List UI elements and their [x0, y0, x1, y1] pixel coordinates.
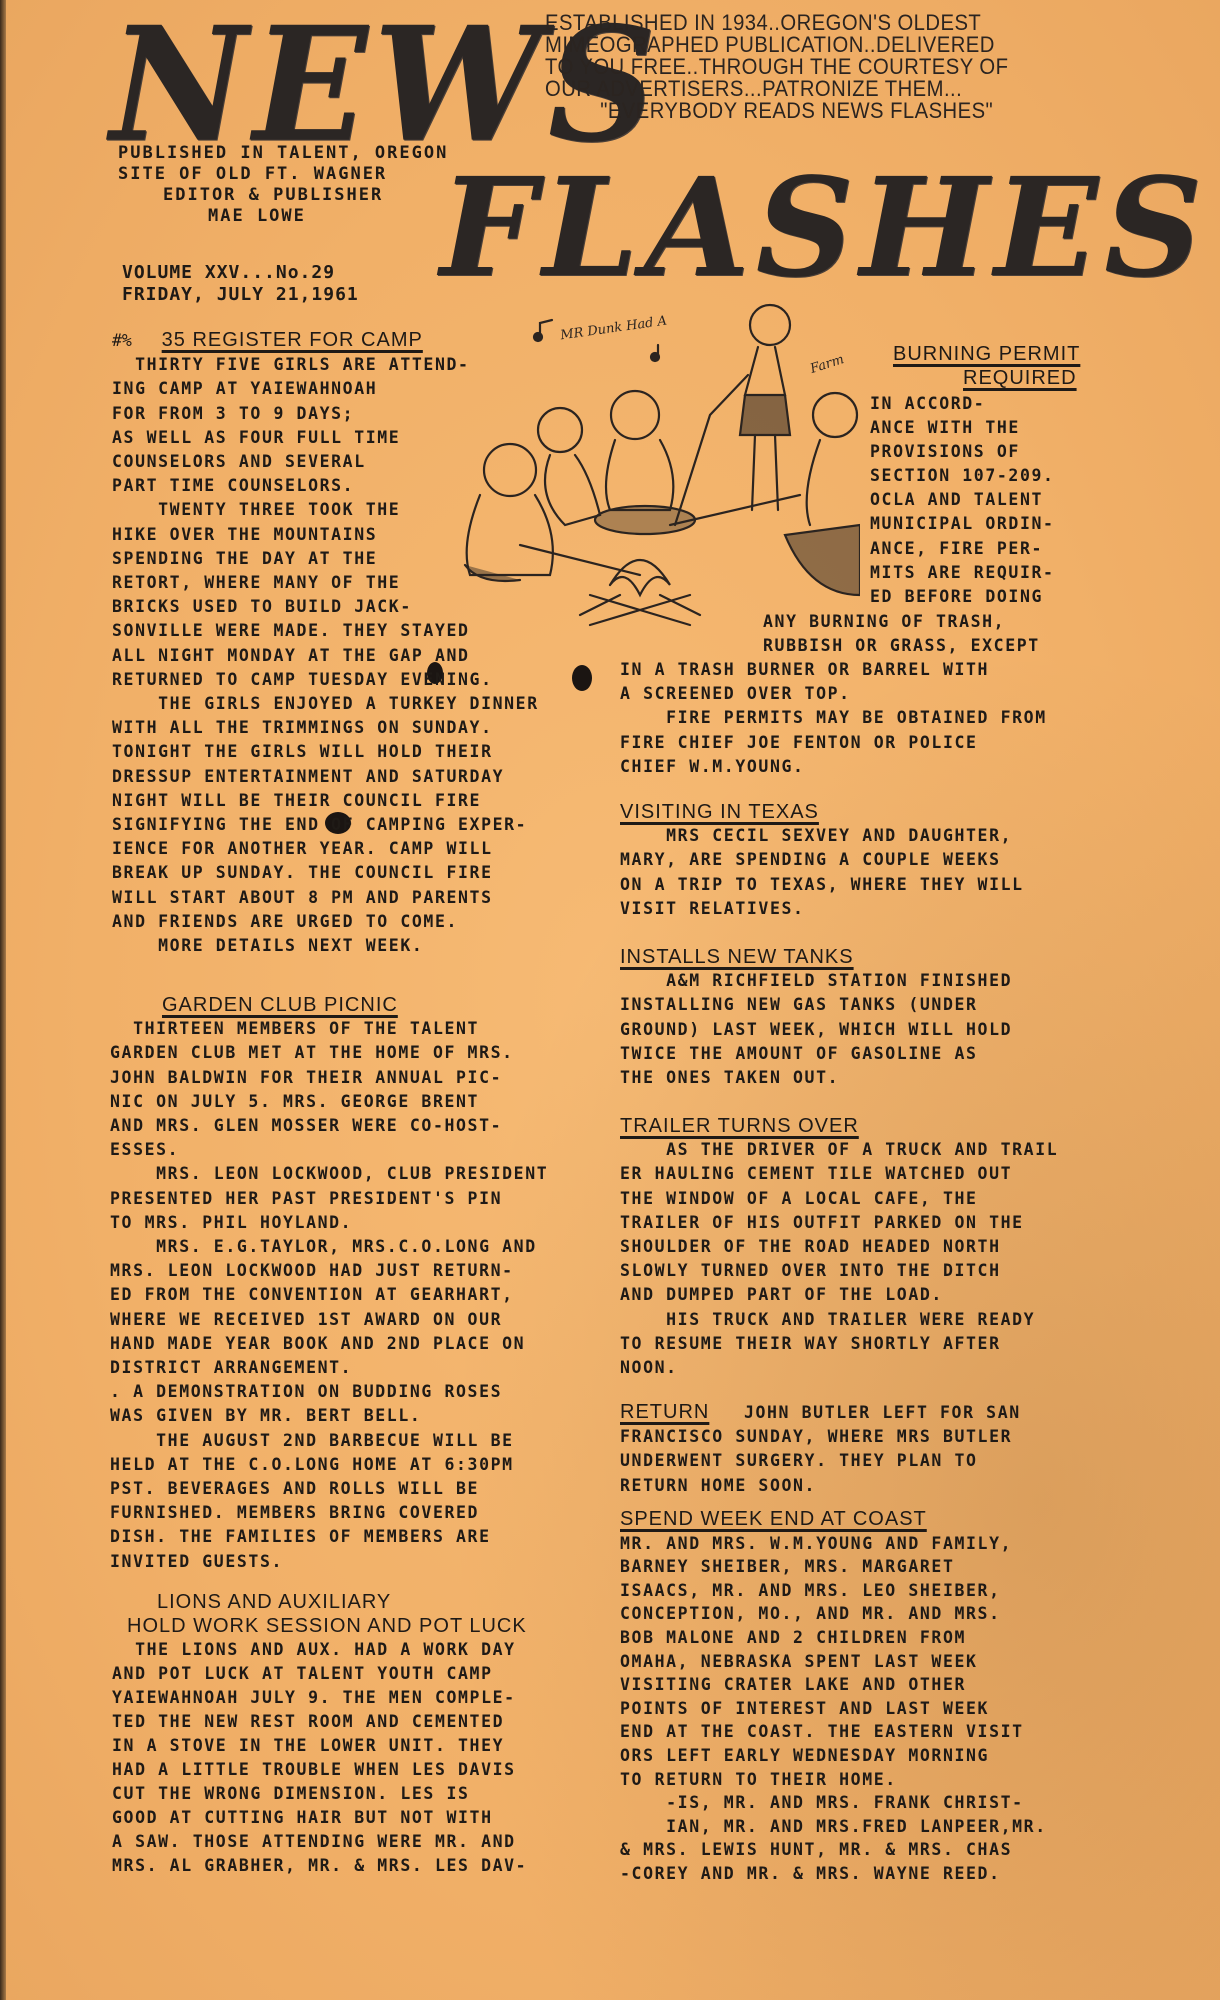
article-line: MORE DETAILS NEXT WEEK. — [112, 934, 539, 958]
lions-headline: LIONS AND AUXILIARY — [112, 1590, 527, 1614]
article-line: SIGNIFYING THE END OF CAMPING EXPER- — [112, 813, 539, 837]
article-line: THE ONES TAKEN OUT. — [620, 1066, 1012, 1090]
tagline-line: TO YOU FREE..THROUGH THE COURTESY OF — [545, 56, 1023, 78]
article-line: TO RETURN TO THEIR HOME. — [620, 1768, 1047, 1792]
article-line: AND FRIENDS ARE URGED TO COME. — [112, 910, 539, 934]
coast-body: MR. AND MRS. W.M.YOUNG AND FAMILY,BARNEY… — [620, 1532, 1047, 1886]
pub-site: SITE OF OLD FT. WAGNER — [118, 164, 448, 185]
tanks-headline: INSTALLS NEW TANKS — [620, 945, 1012, 969]
article-burning-permit-narrow: IN ACCORD-ANCE WITH THEPROVISIONS OFSECT… — [870, 392, 1055, 609]
pub-editor-label: EDITOR & PUBLISHER — [118, 185, 448, 206]
article-line: BRICKS USED TO BUILD JACK- — [112, 595, 539, 619]
burning-permit-body-wide: IN A TRASH BURNER OR BARREL WITHA SCREEN… — [620, 658, 1047, 779]
article-line: MUNICIPAL ORDIN- — [870, 512, 1055, 536]
article-line: HIS TRUCK AND TRAILER WERE READY — [620, 1308, 1058, 1332]
article-line: THIRTY FIVE GIRLS ARE ATTEND- — [112, 353, 539, 377]
tagline-line: ESTABLISHED IN 1934..OREGON'S OLDEST — [545, 12, 1023, 34]
article-line: ORS LEFT EARLY WEDNESDAY MORNING — [620, 1744, 1047, 1768]
article-line: CHIEF W.M.YOUNG. — [620, 755, 1047, 779]
tanks-body: A&M RICHFIELD STATION FINISHEDINSTALLING… — [620, 969, 1012, 1090]
article-line: TO RESUME THEIR WAY SHORTLY AFTER — [620, 1332, 1058, 1356]
article-line: FOR FROM 3 TO 9 DAYS; — [112, 402, 539, 426]
article-line: ON A TRIP TO TEXAS, WHERE THEY WILL — [620, 873, 1024, 897]
article-line: ER HAULING CEMENT TILE WATCHED OUT — [620, 1162, 1058, 1186]
article-line: ESSES. — [110, 1138, 548, 1162]
article-lions: LIONS AND AUXILIARY HOLD WORK SESSION AN… — [112, 1590, 527, 1878]
camp-body: THIRTY FIVE GIRLS ARE ATTEND-ING CAMP AT… — [112, 353, 539, 958]
burning-permit-headline-2: REQUIRED — [893, 366, 1080, 390]
article-line: INVITED GUESTS. — [110, 1550, 548, 1574]
article-line: IN A TRASH BURNER OR BARREL WITH — [620, 658, 1047, 682]
article-garden-club: GARDEN CLUB PICNIC THIRTEEN MEMBERS OF T… — [110, 993, 548, 1574]
article-line: TO MRS. PHIL HOYLAND. — [110, 1211, 548, 1235]
article-camp: #% 35 REGISTER FOR CAMP THIRTY FIVE GIRL… — [112, 328, 539, 958]
article-coast: SPEND WEEK END AT COAST MR. AND MRS. W.M… — [620, 1508, 1047, 1886]
ink-blot — [572, 665, 592, 691]
article-trailer: TRAILER TURNS OVER AS THE DRIVER OF A TR… — [620, 1114, 1058, 1380]
article-line: HELD AT THE C.O.LONG HOME AT 6:30PM — [110, 1453, 548, 1477]
article-line: A SAW. THOSE ATTENDING WERE MR. AND — [112, 1830, 527, 1854]
article-line: WHERE WE RECEIVED 1ST AWARD ON OUR — [110, 1308, 548, 1332]
article-line: NIC ON JULY 5. MRS. GEORGE BRENT — [110, 1090, 548, 1114]
article-line: GOOD AT CUTTING HAIR BUT NOT WITH — [112, 1806, 527, 1830]
article-line: DISTRICT ARRANGEMENT. — [110, 1356, 548, 1380]
article-line: FIRE CHIEF JOE FENTON OR POLICE — [620, 731, 1047, 755]
article-line: HIKE OVER THE MOUNTAINS — [112, 523, 539, 547]
publication-info: PUBLISHED IN TALENT, OREGON SITE OF OLD … — [118, 143, 448, 227]
camp-headline: 35 REGISTER FOR CAMP — [162, 329, 423, 351]
article-line: RETURNED TO CAMP TUESDAY EVENING. — [112, 668, 539, 692]
article-line: PROVISIONS OF — [870, 440, 1055, 464]
article-line: SLOWLY TURNED OVER INTO THE DITCH — [620, 1259, 1058, 1283]
article-line: AS WELL AS FOUR FULL TIME — [112, 426, 539, 450]
article-line: CUT THE WRONG DIMENSION. LES IS — [112, 1782, 527, 1806]
article-line: YAIEWAHNOAH JULY 9. THE MEN COMPLE- — [112, 1686, 527, 1710]
article-line: -IS, MR. AND MRS. FRANK CHRIST- — [620, 1791, 1047, 1815]
article-line: WITH ALL THE TRIMMINGS ON SUNDAY. — [112, 716, 539, 740]
burning-permit-body-narrow: IN ACCORD-ANCE WITH THEPROVISIONS OFSECT… — [870, 392, 1055, 609]
article-line: IAN, MR. AND MRS.FRED LANPEER,MR. — [620, 1815, 1047, 1839]
article-return: RETURN JOHN BUTLER LEFT FOR SAN FRANCISC… — [620, 1400, 1021, 1498]
article-line: -COREY AND MR. & MRS. WAYNE REED. — [620, 1862, 1047, 1886]
garden-club-body: THIRTEEN MEMBERS OF THE TALENTGARDEN CLU… — [110, 1017, 548, 1574]
article-line: RETORT, WHERE MANY OF THE — [112, 571, 539, 595]
article-line: POINTS OF INTEREST AND LAST WEEK — [620, 1697, 1047, 1721]
article-line: DRESSUP ENTERTAINMENT AND SATURDAY — [112, 765, 539, 789]
volume-number: VOLUME XXV...No.29 — [122, 262, 359, 284]
article-line: NOON. — [620, 1356, 1058, 1380]
article-line: RETURN HOME SOON. — [620, 1474, 1021, 1498]
article-line: ED BEFORE DOING — [870, 585, 1055, 609]
article-line: HAD A LITTLE TROUBLE WHEN LES DAVIS — [112, 1758, 527, 1782]
article-line: MARY, ARE SPENDING A COUPLE WEEKS — [620, 848, 1024, 872]
article-line: AND DUMPED PART OF THE LOAD. — [620, 1283, 1058, 1307]
article-line: ANCE, FIRE PER- — [870, 537, 1055, 561]
article-line: PRESENTED HER PAST PRESIDENT'S PIN — [110, 1187, 548, 1211]
burning-permit-headline: BURNING PERMIT — [893, 342, 1080, 366]
page-edge — [0, 0, 6, 2000]
issue-date: FRIDAY, JULY 21,1961 — [122, 284, 359, 306]
article-line: DISH. THE FAMILIES OF MEMBERS ARE — [110, 1525, 548, 1549]
article-line: OCLA AND TALENT — [870, 488, 1055, 512]
article-tanks: INSTALLS NEW TANKS A&M RICHFIELD STATION… — [620, 945, 1012, 1090]
article-line: ANCE WITH THE — [870, 416, 1055, 440]
article-line: GROUND) LAST WEEK, WHICH WILL HOLD — [620, 1018, 1012, 1042]
article-line: TONIGHT THE GIRLS WILL HOLD THEIR — [112, 740, 539, 764]
article-line: AND MRS. GLEN MOSSER WERE CO-HOST- — [110, 1114, 548, 1138]
article-line: MRS. AL GRABHER, MR. & MRS. LES DAV- — [112, 1854, 527, 1878]
article-line: ING CAMP AT YAIEWAHNOAH — [112, 377, 539, 401]
article-line: IN ACCORD- — [870, 392, 1055, 416]
pub-editor-name: MAE LOWE — [118, 206, 448, 227]
article-line: OMAHA, NEBRASKA SPENT LAST WEEK — [620, 1650, 1047, 1674]
article-line: THE WINDOW OF A LOCAL CAFE, THE — [620, 1187, 1058, 1211]
article-line: SHOULDER OF THE ROAD HEADED NORTH — [620, 1235, 1058, 1259]
article-line: FRANCISCO SUNDAY, WHERE MRS BUTLER — [620, 1425, 1021, 1449]
article-line: THIRTEEN MEMBERS OF THE TALENT — [110, 1017, 548, 1041]
article-line: NIGHT WILL BE THEIR COUNCIL FIRE — [112, 789, 539, 813]
coast-headline: SPEND WEEK END AT COAST — [620, 1508, 1047, 1532]
article-line: THE AUGUST 2ND BARBECUE WILL BE — [110, 1429, 548, 1453]
texas-body: MRS CECIL SEXVEY AND DAUGHTER,MARY, ARE … — [620, 824, 1024, 921]
article-line: END AT THE COAST. THE EASTERN VISIT — [620, 1720, 1047, 1744]
article-line: A&M RICHFIELD STATION FINISHED — [620, 969, 1012, 993]
article-line: THE LIONS AND AUX. HAD A WORK DAY — [112, 1638, 527, 1662]
article-line: ALL NIGHT MONDAY AT THE GAP AND — [112, 644, 539, 668]
trailer-body: AS THE DRIVER OF A TRUCK AND TRAILER HAU… — [620, 1138, 1058, 1380]
article-line: TWICE THE AMOUNT OF GASOLINE AS — [620, 1042, 1012, 1066]
article-line: AND POT LUCK AT TALENT YOUTH CAMP — [112, 1662, 527, 1686]
article-line: BOB MALONE AND 2 CHILDREN FROM — [620, 1626, 1047, 1650]
article-line: JOHN BALDWIN FOR THEIR ANNUAL PIC- — [110, 1066, 548, 1090]
article-line: TRAILER OF HIS OUTFIT PARKED ON THE — [620, 1211, 1058, 1235]
tagline-line: MIMEOGRAPHED PUBLICATION..DELIVERED — [545, 34, 1023, 56]
article-line: COUNSELORS AND SEVERAL — [112, 450, 539, 474]
article-line: VISIT RELATIVES. — [620, 897, 1024, 921]
article-line: . A DEMONSTRATION ON BUDDING ROSES — [110, 1380, 548, 1404]
article-headline: #% 35 REGISTER FOR CAMP — [112, 328, 539, 353]
article-line: BARNEY SHEIBER, MRS. MARGARET — [620, 1555, 1047, 1579]
article-line: MRS. LEON LOCKWOOD HAD JUST RETURN- — [110, 1259, 548, 1283]
article-line: WAS GIVEN BY MR. BERT BELL. — [110, 1404, 548, 1428]
article-line: A SCREENED OVER TOP. — [620, 682, 1047, 706]
burning-permit-body-mid: ANY BURNING OF TRASH,RUBBISH OR GRASS, E… — [763, 610, 1040, 658]
article-line: BREAK UP SUNDAY. THE COUNCIL FIRE — [112, 861, 539, 885]
lions-headline-2: HOLD WORK SESSION AND POT LUCK — [112, 1614, 527, 1638]
article-line: FIRE PERMITS MAY BE OBTAINED FROM — [620, 706, 1047, 730]
return-first-line: JOHN BUTLER LEFT FOR SAN — [744, 1403, 1021, 1422]
lions-body: THE LIONS AND AUX. HAD A WORK DAYAND POT… — [112, 1638, 527, 1878]
masthead-tagline: ESTABLISHED IN 1934..OREGON'S OLDEST MIM… — [545, 12, 1023, 122]
article-line: HAND MADE YEAR BOOK AND 2ND PLACE ON — [110, 1332, 548, 1356]
article-line: MR. AND MRS. W.M.YOUNG AND FAMILY, — [620, 1532, 1047, 1556]
article-line: MRS CECIL SEXVEY AND DAUGHTER, — [620, 824, 1024, 848]
article-line: ANY BURNING OF TRASH, — [763, 610, 1040, 634]
newsletter-page: NEWS FLASHES ESTABLISHED IN 1934..OREGON… — [0, 0, 1220, 2000]
article-line: TED THE NEW REST ROOM AND CEMENTED — [112, 1710, 527, 1734]
article-line: THE GIRLS ENJOYED A TURKEY DINNER — [112, 692, 539, 716]
article-burning-permit-wide: IN A TRASH BURNER OR BARREL WITHA SCREEN… — [620, 658, 1047, 779]
article-line: RUBBISH OR GRASS, EXCEPT — [763, 634, 1040, 658]
article-line: INSTALLING NEW GAS TANKS (UNDER — [620, 993, 1012, 1017]
article-line: SECTION 107-209. — [870, 464, 1055, 488]
texas-headline: VISITING IN TEXAS — [620, 800, 1024, 824]
article-line: IENCE FOR ANOTHER YEAR. CAMP WILL — [112, 837, 539, 861]
return-body: FRANCISCO SUNDAY, WHERE MRS BUTLERUNDERW… — [620, 1425, 1021, 1498]
article-line: SPENDING THE DAY AT THE — [112, 547, 539, 571]
article-line: & MRS. LEWIS HUNT, MR. & MRS. CHAS — [620, 1838, 1047, 1862]
tagline-line: OUR ADVERTISERS...PATRONIZE THEM... — [545, 78, 1023, 100]
article-line: MRS. LEON LOCKWOOD, CLUB PRESIDENT — [110, 1162, 548, 1186]
article-line: CONCEPTION, MO., AND MR. AND MRS. — [620, 1602, 1047, 1626]
article-line: GARDEN CLUB MET AT THE HOME OF MRS. — [110, 1041, 548, 1065]
article-line: MRS. E.G.TAYLOR, MRS.C.O.LONG AND — [110, 1235, 548, 1259]
article-line: FURNISHED. MEMBERS BRING COVERED — [110, 1501, 548, 1525]
article-line: VISITING CRATER LAKE AND OTHER — [620, 1673, 1047, 1697]
article-line: AS THE DRIVER OF A TRUCK AND TRAIL — [620, 1138, 1058, 1162]
article-line: WILL START ABOUT 8 PM AND PARENTS — [112, 886, 539, 910]
garden-club-headline: GARDEN CLUB PICNIC — [110, 993, 548, 1017]
article-burning-permit-mid: ANY BURNING OF TRASH,RUBBISH OR GRASS, E… — [763, 610, 1040, 658]
tagline-slogan: "EVERYBODY READS NEWS FLASHES" — [545, 100, 1023, 122]
article-burning-permit-head: BURNING PERMIT REQUIRED — [893, 342, 1080, 390]
masthead-title-flashes: FLASHES — [440, 160, 1208, 296]
article-line: ED FROM THE CONVENTION AT GEARHART, — [110, 1283, 548, 1307]
article-texas: VISITING IN TEXAS MRS CECIL SEXVEY AND D… — [620, 800, 1024, 921]
article-line: PST. BEVERAGES AND ROLLS WILL BE — [110, 1477, 548, 1501]
pub-location: PUBLISHED IN TALENT, OREGON — [118, 143, 448, 164]
article-line: MITS ARE REQUIR- — [870, 561, 1055, 585]
article-line: TWENTY THREE TOOK THE — [112, 498, 539, 522]
article-line: SONVILLE WERE MADE. THEY STAYED — [112, 619, 539, 643]
article-line: UNDERWENT SURGERY. THEY PLAN TO — [620, 1449, 1021, 1473]
article-line: ISAACS, MR. AND MRS. LEO SHEIBER, — [620, 1579, 1047, 1603]
article-line: IN A STOVE IN THE LOWER UNIT. THEY — [112, 1734, 527, 1758]
trailer-headline: TRAILER TURNS OVER — [620, 1114, 1058, 1138]
return-headline: RETURN — [620, 1401, 709, 1423]
issue-info: VOLUME XXV...No.29 FRIDAY, JULY 21,1961 — [122, 262, 359, 306]
article-line: PART TIME COUNSELORS. — [112, 474, 539, 498]
